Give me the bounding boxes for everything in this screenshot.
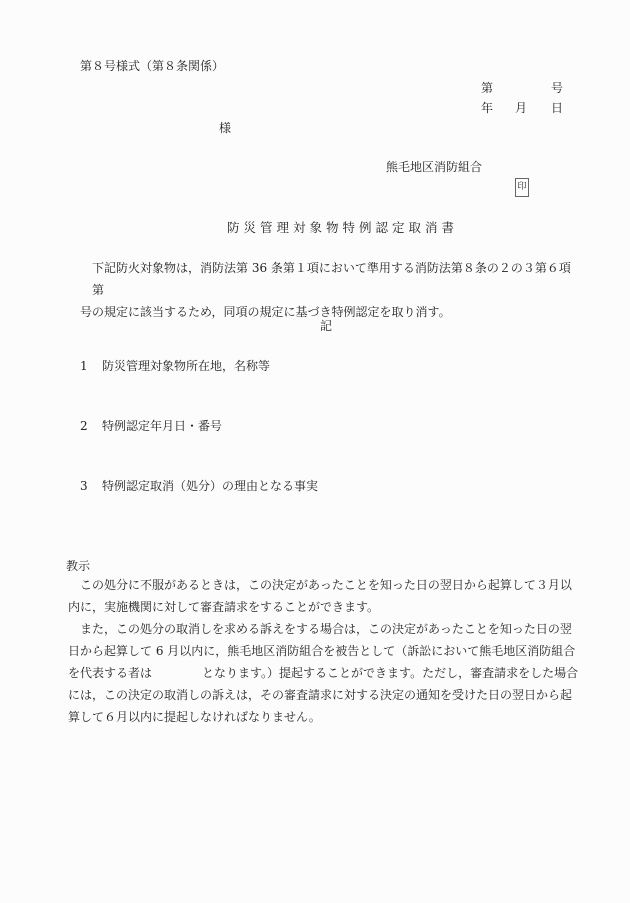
date-month: 月	[515, 100, 527, 116]
document-date: 年 月 日	[481, 100, 493, 116]
instruction-heading: 教示	[66, 558, 90, 574]
instruction-para-2: また，この処分の取消しを求める訴えをする場合は，この決定があったことを知った日の…	[68, 618, 580, 728]
item-2: 2特例認定年月日・番号	[80, 418, 222, 434]
item-3: 3特例認定取消（処分）の理由となる事実	[80, 478, 318, 494]
item-number: 2	[80, 418, 102, 434]
seal-box: 印	[515, 178, 529, 197]
form-label: 第８号様式（第８条関係）	[80, 58, 224, 74]
item-label: 防災管理対象物所在地，名称等	[102, 359, 270, 373]
issuer-name: 熊毛地区消防組合	[386, 159, 482, 175]
page-title: 防災管理対象物特例認定取消書	[227, 220, 458, 236]
number-suffix: 号	[551, 80, 563, 96]
item-number: 3	[80, 478, 102, 494]
instruction-para-1: この処分に不服があるときは，この決定があったことを知った日の翌日から起算して３月…	[68, 574, 580, 618]
instruction-text: この処分に不服があるときは，この決定があったことを知った日の翌日から起算して３月…	[68, 574, 580, 728]
addressee: 様	[219, 120, 231, 136]
item-number: 1	[80, 358, 102, 374]
ki-heading: 記	[320, 318, 332, 334]
number-prefix: 第	[481, 81, 493, 95]
item-label: 特例認定年月日・番号	[102, 419, 222, 433]
date-day: 日	[551, 100, 563, 116]
document-number: 第 号	[481, 80, 563, 96]
body-line-1: 下記防火対象物は，消防法第 36 条第１項において準用する消防法第８条の２の３第…	[80, 257, 580, 301]
body-text: 下記防火対象物は，消防法第 36 条第１項において準用する消防法第８条の２の３第…	[80, 257, 580, 323]
item-label: 特例認定取消（処分）の理由となる事実	[102, 479, 318, 493]
date-year: 年	[481, 101, 493, 115]
item-1: 1防災管理対象物所在地，名称等	[80, 358, 270, 374]
